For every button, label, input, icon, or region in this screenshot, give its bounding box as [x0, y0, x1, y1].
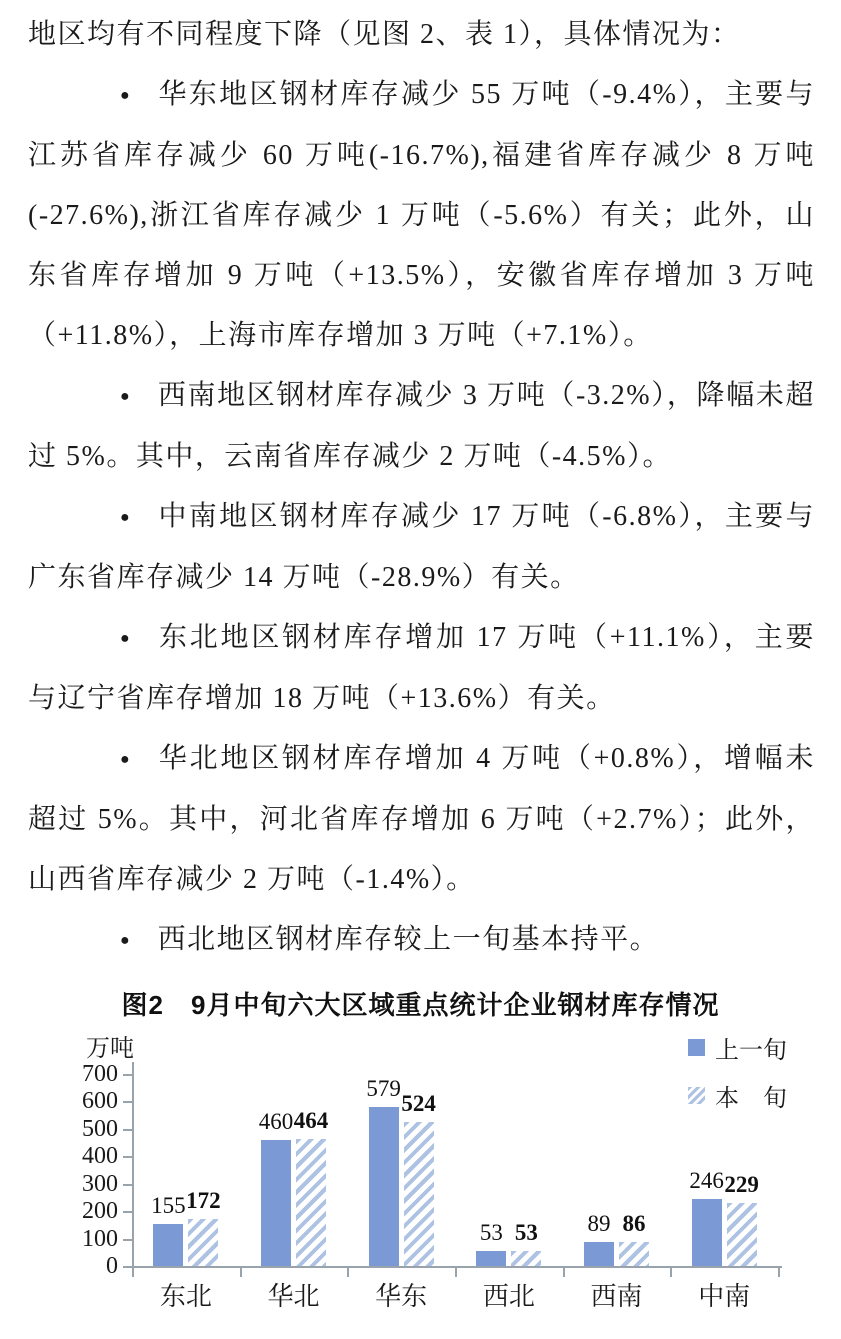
bullet-icon: ● [74, 66, 130, 126]
bar-current-西北 [511, 1251, 541, 1266]
y-tick-label: 700 [58, 1062, 118, 1086]
bar-current-东北 [188, 1219, 218, 1266]
paragraph-bullet-northwest: ●西北地区钢材库存较上一旬基本持平。 [28, 910, 815, 971]
y-tick-mark [123, 1129, 132, 1131]
bullet-icon: ● [74, 609, 130, 669]
bar-previous-中南 [692, 1199, 722, 1266]
x-axis-label-华东: 华东 [347, 1276, 455, 1313]
y-tick-mark [123, 1211, 132, 1213]
y-axis: 0100200300400500600700 [28, 1060, 132, 1268]
bar-value-label: 86 [602, 1212, 666, 1235]
bar-chart: 万吨 上一旬 本 旬 0100200300400500600700 155172… [28, 1028, 815, 1278]
y-tick-label: 500 [58, 1117, 118, 1141]
paragraph-bullet-central-south: ●中南地区钢材库存减少 17 万吨（-6.8%），主要与广东省库存减少 14 万… [28, 487, 815, 608]
x-axis-label-西南: 西南 [563, 1276, 671, 1313]
x-axis-label-东北: 东北 [132, 1276, 240, 1313]
bullet-text: 西北地区钢材库存较上一旬基本持平。 [158, 924, 660, 955]
plot-row: 0100200300400500600700 15517246046457952… [28, 1060, 778, 1268]
paragraph-bullet-northeast: ●东北地区钢材库存增加 17 万吨（+11.1%），主要与辽宁省库存增加 18 … [28, 608, 815, 729]
figure-2: 图2 9月中旬六大区域重点统计企业钢材库存情况 万吨 上一旬 本 旬 01002… [0, 985, 841, 1278]
bar-current-中南 [727, 1203, 757, 1266]
figure-title: 图2 9月中旬六大区域重点统计企业钢材库存情况 [0, 985, 841, 1022]
x-axis-labels: 东北华北华东西北西南中南 [132, 1276, 778, 1313]
bullet-icon: ● [74, 730, 130, 790]
bar-value-label: 229 [710, 1173, 774, 1196]
y-tick-label: 300 [58, 1172, 118, 1196]
bar-previous-华东 [369, 1107, 399, 1266]
bar-value-label: 53 [494, 1221, 558, 1244]
paragraph-bullet-east-china: ●华东地区钢材库存减少 55 万吨（-9.4%），主要与江苏省库存减少 60 万… [28, 65, 815, 366]
paragraph-intro: 地区均有不同程度下降（见图 2、表 1），具体情况为： [28, 5, 815, 65]
bar-current-西南 [619, 1242, 649, 1266]
y-tick-mark [123, 1074, 132, 1076]
bar-previous-西南 [584, 1242, 614, 1266]
y-tick-mark [123, 1184, 132, 1186]
bar-value-label: 524 [387, 1092, 451, 1115]
y-tick-mark [123, 1239, 132, 1241]
article-body: 地区均有不同程度下降（见图 2、表 1），具体情况为： ●华东地区钢材库存减少 … [0, 0, 841, 971]
y-tick-label: 400 [58, 1144, 118, 1168]
bullet-text: 华北地区钢材库存增加 4 万吨（+0.8%），增幅未超过 5%。其中，河北省库存… [28, 743, 815, 895]
bullet-icon: ● [74, 488, 130, 548]
bullet-icon: ● [74, 367, 130, 427]
y-tick-mark [123, 1101, 132, 1103]
report-page: 地区均有不同程度下降（见图 2、表 1），具体情况为： ●华东地区钢材库存减少 … [0, 0, 841, 1339]
plot-area: 15517246046457952453538986246229 [132, 1060, 778, 1268]
y-axis-line [132, 1062, 134, 1268]
bar-previous-华北 [261, 1140, 291, 1266]
y-tick-mark [123, 1266, 132, 1268]
y-tick-mark [123, 1156, 132, 1158]
legend-swatch-solid-icon [688, 1039, 705, 1056]
bullet-text: 东北地区钢材库存增加 17 万吨（+11.1%），主要与辽宁省库存增加 18 万… [28, 622, 815, 714]
bullet-icon: ● [74, 911, 130, 971]
x-tick-mark [778, 1268, 780, 1277]
bar-previous-西北 [476, 1251, 506, 1266]
y-axis-unit-label: 万吨 [86, 1028, 134, 1063]
bullet-text: 西南地区钢材库存减少 3 万吨（-3.2%），降幅未超过 5%。其中，云南省库存… [28, 380, 815, 472]
bar-current-华北 [296, 1139, 326, 1266]
bullet-text: 华东地区钢材库存减少 55 万吨（-9.4%），主要与江苏省库存减少 60 万吨… [28, 79, 815, 351]
bar-value-label: 464 [279, 1109, 343, 1132]
y-tick-label: 0 [58, 1254, 118, 1278]
x-axis-label-华北: 华北 [240, 1276, 348, 1313]
bullet-text: 中南地区钢材库存减少 17 万吨（-6.8%），主要与广东省库存减少 14 万吨… [28, 501, 815, 593]
x-axis-line [132, 1266, 782, 1268]
y-tick-label: 100 [58, 1227, 118, 1251]
paragraph-bullet-north-china: ●华北地区钢材库存增加 4 万吨（+0.8%），增幅未超过 5%。其中，河北省库… [28, 729, 815, 910]
y-tick-label: 200 [58, 1199, 118, 1223]
bar-previous-东北 [153, 1224, 183, 1267]
paragraph-bullet-southwest: ●西南地区钢材库存减少 3 万吨（-3.2%），降幅未超过 5%。其中，云南省库… [28, 366, 815, 487]
y-tick-label: 600 [58, 1089, 118, 1113]
x-axis-label-西北: 西北 [455, 1276, 563, 1313]
bar-current-华东 [404, 1122, 434, 1266]
x-axis-label-中南: 中南 [670, 1276, 778, 1313]
bar-value-label: 172 [171, 1189, 235, 1212]
